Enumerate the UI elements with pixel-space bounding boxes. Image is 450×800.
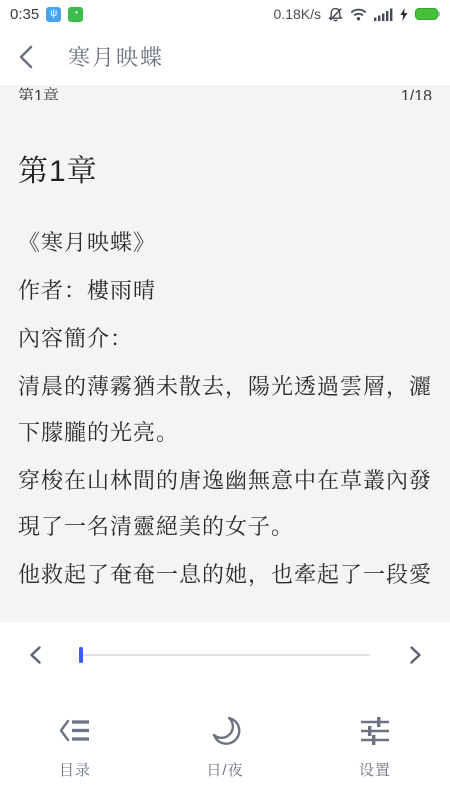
bottom-nav: 目录 日/夜 设置 [0,688,450,798]
paragraph: 《寒月映蝶》 [18,220,432,266]
clock-time: 0:35 [10,6,39,23]
paragraph: 穿梭在山林間的唐逸幽無意中在草叢內發現了一名清靈絕美的女子。 [18,458,432,550]
network-speed: 0.18K/s [274,6,321,22]
progress-slider[interactable] [78,640,370,670]
chapter-slider-row [0,622,450,688]
paragraph: 內容簡介： [18,316,432,362]
day-night-icon [207,714,243,753]
nav-item-settings[interactable]: 设置 [300,714,450,780]
notification-app-icon-psi: ψ [46,7,61,22]
settings-icon [357,714,393,753]
cell-signal-icon [374,8,393,21]
chapter-body: 《寒月映蝶》 作者：樓雨晴 內容簡介： 清晨的薄霧猶未散去，陽光透過雲層，灑下朦… [18,220,432,598]
reader-controls-panel: 目录 日/夜 设置 [0,622,450,800]
chapter-strip: 第1章 1/18 [18,87,432,100]
charging-bolt-icon [400,8,408,21]
chapter-strip-progress: 1/18 [401,87,432,100]
prev-chapter-button[interactable] [22,640,48,670]
toc-icon [57,714,93,753]
progress-slider-track[interactable] [78,654,370,656]
book-title: 寒月映蝶 [68,41,164,72]
notification-app-icon-timer: ◔ [68,7,83,22]
app-header: 寒月映蝶 [0,28,450,85]
reading-area[interactable]: 第1章 1/18 第1章 《寒月映蝶》 作者：樓雨晴 內容簡介： 清晨的薄霧猶未… [0,85,450,622]
nav-label-contents: 目录 [59,759,91,780]
battery-icon [415,8,440,20]
paragraph: 清晨的薄霧猶未散去，陽光透過雲層，灑下朦朧的光亮。 [18,364,432,456]
paragraph: 他救起了奄奄一息的她，也牽起了一段愛 [18,552,432,598]
chapter-strip-name: 第1章 [18,87,59,100]
status-bar: 0:35 ψ ◔ 0.18K/s [0,0,450,28]
paragraph: 作者：樓雨晴 [18,268,432,314]
nav-label-day-night: 日/夜 [206,759,243,780]
nav-item-day-night[interactable]: 日/夜 [150,714,300,780]
nav-label-settings: 设置 [359,759,391,780]
next-chapter-button[interactable] [402,640,428,670]
bell-muted-icon [328,7,343,22]
chapter-heading: 第1章 [18,146,432,190]
progress-slider-handle[interactable] [79,647,83,663]
back-button[interactable] [16,44,36,70]
nav-item-contents[interactable]: 目录 [0,714,150,780]
wifi-icon [350,7,367,21]
